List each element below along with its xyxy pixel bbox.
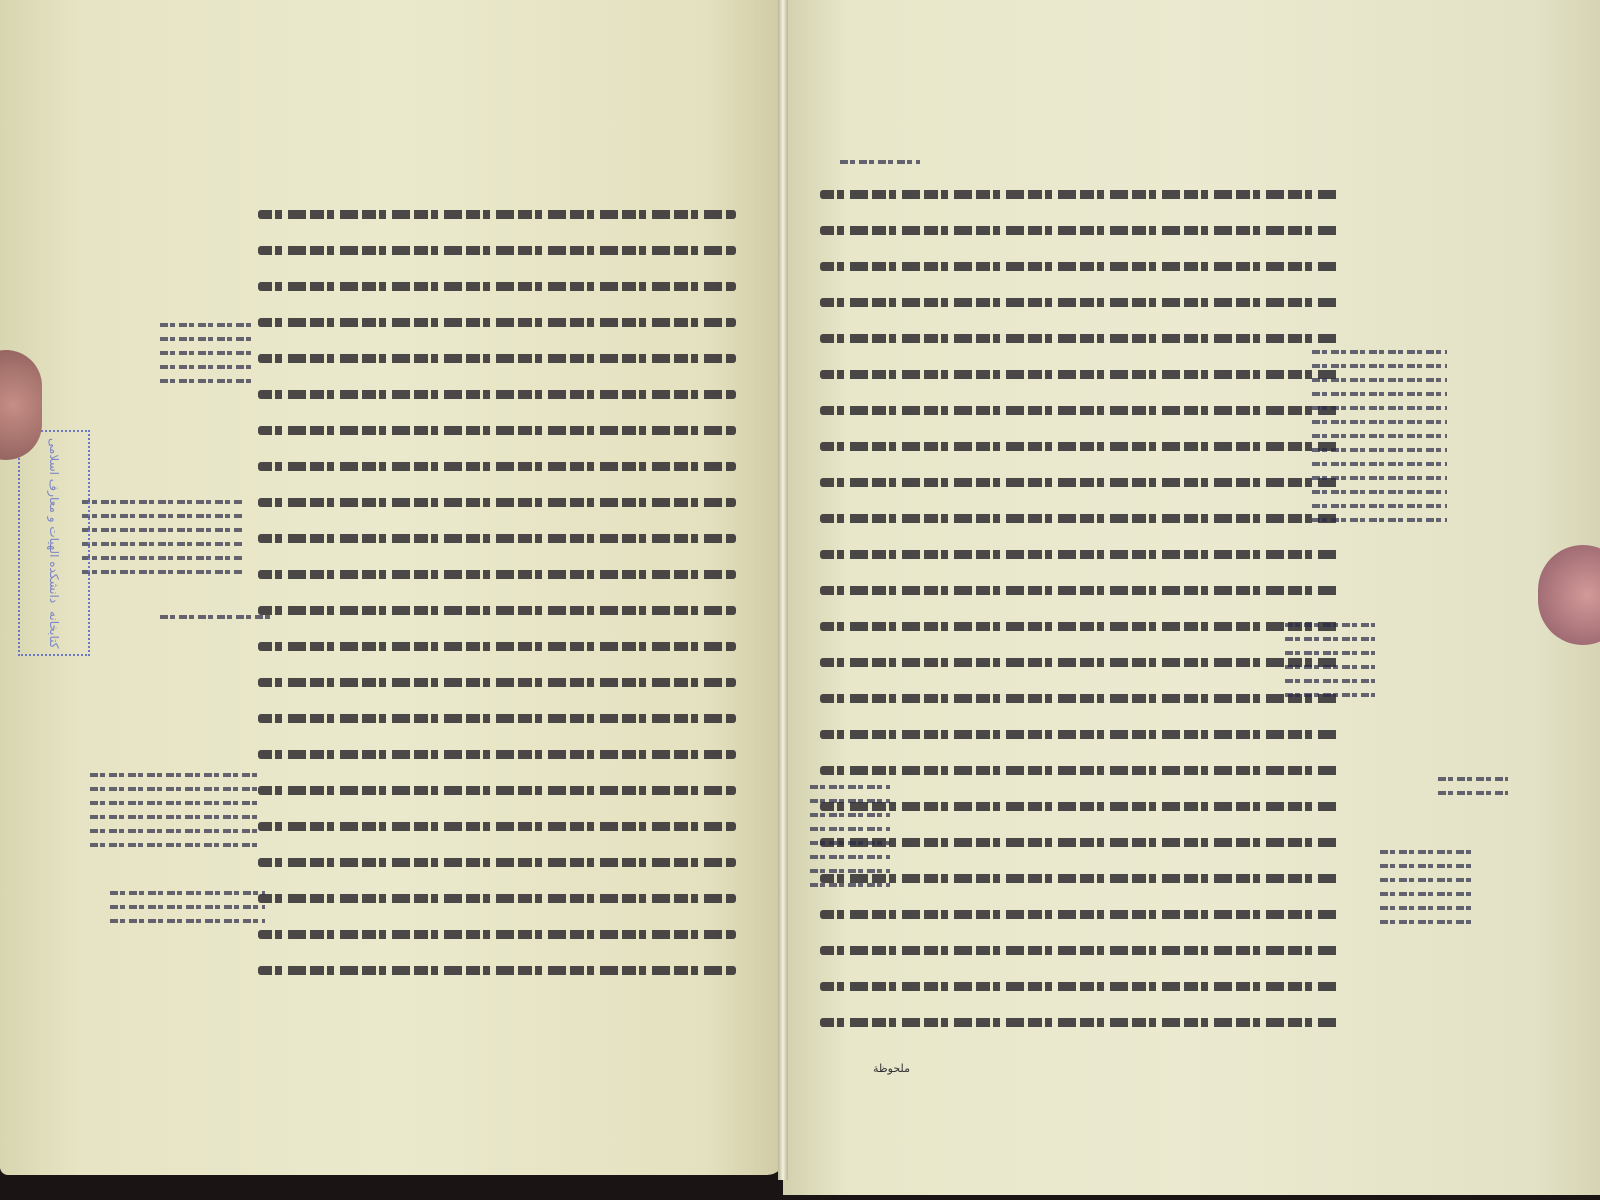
text-line: [820, 430, 1340, 466]
margin-note: [1285, 618, 1375, 702]
left-thumb: [0, 350, 42, 460]
text-line: [258, 234, 736, 270]
margin-note: [160, 610, 270, 624]
book-gutter: [778, 0, 788, 1180]
text-line: [258, 522, 736, 558]
text-line: [820, 610, 1340, 646]
text-line: [820, 826, 1340, 862]
text-line: [820, 250, 1340, 286]
text-line: [258, 846, 736, 882]
footer-mark: ملحوظة: [873, 1062, 910, 1075]
stamp-line-2: كتابخانه: [47, 611, 61, 649]
left-main-text: [258, 198, 736, 990]
margin-note: [1380, 845, 1475, 929]
text-line: [820, 466, 1340, 502]
text-line: [258, 738, 736, 774]
text-line: [820, 322, 1340, 358]
margin-note: [82, 495, 242, 579]
text-line: [258, 306, 736, 342]
text-line: [820, 1006, 1340, 1042]
text-line: [258, 774, 736, 810]
text-line: [258, 810, 736, 846]
right-main-text: [820, 178, 1340, 1042]
text-line: [258, 954, 736, 990]
text-line: [258, 702, 736, 738]
text-line: [820, 394, 1340, 430]
stamp-line-1: دانشكده الهيات و معارف اسلامى: [47, 438, 61, 603]
margin-note: [160, 318, 252, 388]
text-line: [820, 718, 1340, 754]
text-line: [820, 286, 1340, 322]
text-line: [820, 214, 1340, 250]
text-line: [258, 342, 736, 378]
margin-note: [1312, 345, 1447, 527]
margin-note: [810, 780, 890, 892]
text-line: [820, 970, 1340, 1006]
text-line: [258, 198, 736, 234]
text-line: [258, 594, 736, 630]
margin-note: [1438, 772, 1508, 800]
text-line: [258, 486, 736, 522]
text-line: [258, 918, 736, 954]
text-line: [820, 358, 1340, 394]
text-line: [820, 502, 1340, 538]
margin-note: [90, 768, 260, 852]
text-line: [820, 862, 1340, 898]
text-line: [258, 882, 736, 918]
text-line: [820, 790, 1340, 826]
library-stamp: دانشكده الهيات و معارف اسلامى كتابخانه: [18, 430, 90, 656]
margin-note: [110, 886, 265, 928]
text-line: [258, 450, 736, 486]
text-line: [820, 682, 1340, 718]
text-line: [258, 558, 736, 594]
text-line: [258, 414, 736, 450]
text-line: [820, 574, 1340, 610]
text-line: [258, 666, 736, 702]
text-line: [258, 378, 736, 414]
text-line: [820, 934, 1340, 970]
margin-note: [840, 155, 920, 169]
text-line: [258, 630, 736, 666]
text-line: [820, 754, 1340, 790]
text-line: [820, 646, 1340, 682]
text-line: [820, 898, 1340, 934]
text-line: [820, 538, 1340, 574]
text-line: [820, 178, 1340, 214]
text-line: [258, 270, 736, 306]
